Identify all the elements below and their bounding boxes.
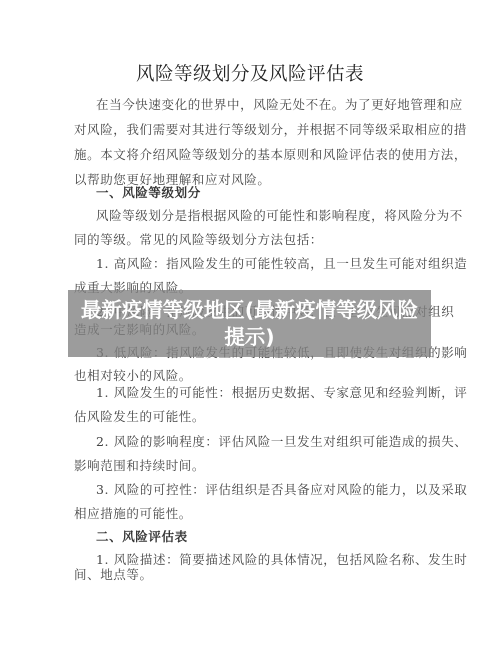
factor-impact-1: 2. 风险的影响程度：评估风险一旦发生对组织可能造成的损失、 <box>96 432 467 450</box>
intro-line-1: 在当今快速变化的世界中，风险无处不在。为了更好地管理和应 <box>96 95 463 113</box>
caption-overlay-text: 最新疫情等级地区(最新疫情等级风险提示) <box>68 290 431 357</box>
level-item-high-1: 1. 高风险：指风险发生的可能性较高，且一旦发生可能对组织造 <box>96 254 467 272</box>
section-2-heading: 二、风险评估表 <box>96 527 188 545</box>
assessment-item-1-line-2: 间、地点等。 <box>74 565 153 583</box>
factor-controllability-1: 3. 风险的可控性：评估组织是否具备应对风险的能力，以及采取 <box>96 480 467 498</box>
level-item-low-2: 也相对较小的风险。 <box>74 366 192 384</box>
factor-controllability-2: 相应措施的可能性。 <box>74 504 192 522</box>
section-1-intro-2: 同的等级。常见的风险等级划分方法包括： <box>74 230 323 248</box>
section-1-heading: 一、风险等级划分 <box>96 183 201 201</box>
factor-impact-2: 影响范围和持续时间。 <box>74 456 205 474</box>
factor-likelihood-2: 估风险发生的可能性。 <box>74 407 205 425</box>
section-1-intro-1: 风险等级划分是指根据风险的可能性和影响程度，将风险分为不 <box>96 206 463 224</box>
intro-line-3: 施。本文将介绍风险等级划分的基本原则和风险评估表的使用方法， <box>74 145 467 163</box>
intro-line-2: 对风险，我们需要对其进行等级划分，并根据不同等级采取相应的措 <box>74 120 467 138</box>
factor-likelihood-1: 1. 风险发生的可能性：根据历史数据、专家意见和经验判断，评 <box>96 383 467 401</box>
document-title: 风险等级划分及风险评估表 <box>0 60 500 86</box>
